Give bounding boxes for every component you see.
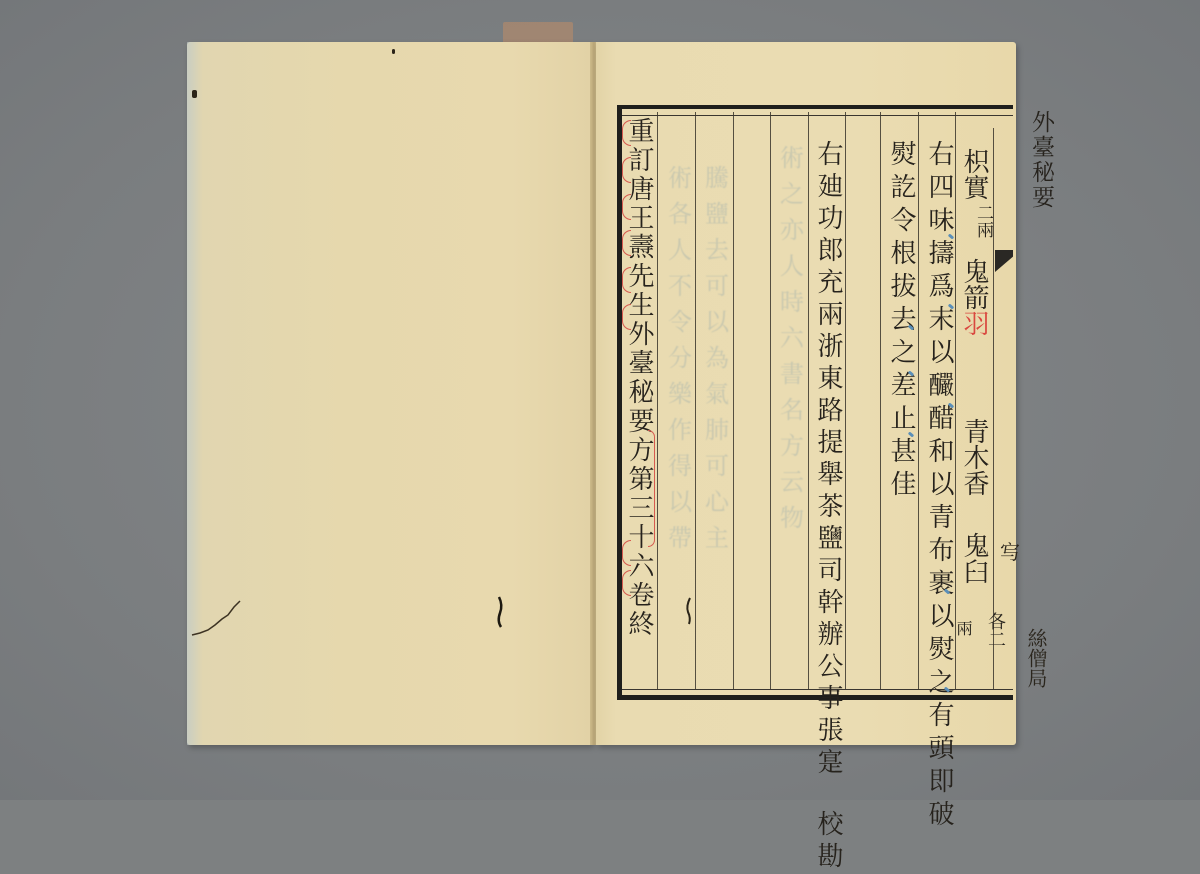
ingredient-text: 鬼臼 bbox=[957, 532, 991, 584]
show-through-text: 騰鹽去可以為氣肺可心主 bbox=[705, 160, 729, 556]
column-rule bbox=[770, 112, 771, 690]
ink-speck bbox=[392, 49, 395, 54]
page-header-title: 外臺秘要 bbox=[985, 110, 1097, 210]
colophon-column: 右廸功郎充兩浙東路提舉茶鹽司幹辦公事張寔 校勘 bbox=[810, 140, 846, 800]
ingredients-column-1: 枳實 二兩 鬼箭 羽 bbox=[957, 148, 991, 336]
red-annotation-mark bbox=[622, 570, 631, 596]
show-through-text: 術各人不令分樂作得以帶 bbox=[668, 160, 692, 556]
red-annotation-mark bbox=[622, 157, 631, 183]
paper-crack bbox=[190, 595, 250, 645]
ingredient-text-red: 羽 bbox=[957, 310, 991, 336]
edge-fragment-lower: 絲僧局 bbox=[1000, 628, 1072, 688]
ingredient-text: 鬼箭 bbox=[957, 258, 991, 310]
column-rule bbox=[657, 112, 658, 690]
red-annotation-mark bbox=[622, 267, 631, 293]
red-annotation-mark bbox=[622, 540, 631, 566]
ingredient-text: 青木香 bbox=[957, 418, 991, 496]
ink-speck bbox=[192, 90, 197, 98]
ink-stroke-mark bbox=[684, 596, 694, 626]
ingredients-column-2: 青木香 鬼臼 bbox=[957, 418, 991, 584]
ingredient-text: 枳實 bbox=[957, 148, 991, 200]
red-annotation-bracket bbox=[648, 430, 655, 547]
edge-fragment-upper: 㝍 bbox=[1000, 535, 1020, 569]
column-rule bbox=[880, 112, 881, 690]
ink-stroke-mark bbox=[495, 595, 507, 631]
show-through-text: 術之亦人時六書名方云物 bbox=[780, 140, 804, 536]
red-annotation-mark bbox=[622, 230, 631, 256]
column-rule bbox=[808, 112, 809, 690]
red-annotation-mark bbox=[622, 194, 631, 220]
header-title: 外臺秘要 bbox=[1027, 110, 1055, 210]
red-annotation-mark bbox=[622, 304, 631, 330]
dosage-note: 二兩 bbox=[972, 204, 994, 238]
red-annotation-mark bbox=[622, 120, 631, 146]
column-rule bbox=[695, 112, 696, 690]
instructions-column-2: 熨訖令根拔去之差止甚佳 bbox=[883, 140, 919, 503]
column-rule bbox=[733, 112, 734, 690]
scan-background: 術各人不令分樂作得以帶 騰鹽去可以為氣肺可心主 術之亦人時六書名方云物 外臺秘要… bbox=[0, 0, 1200, 800]
